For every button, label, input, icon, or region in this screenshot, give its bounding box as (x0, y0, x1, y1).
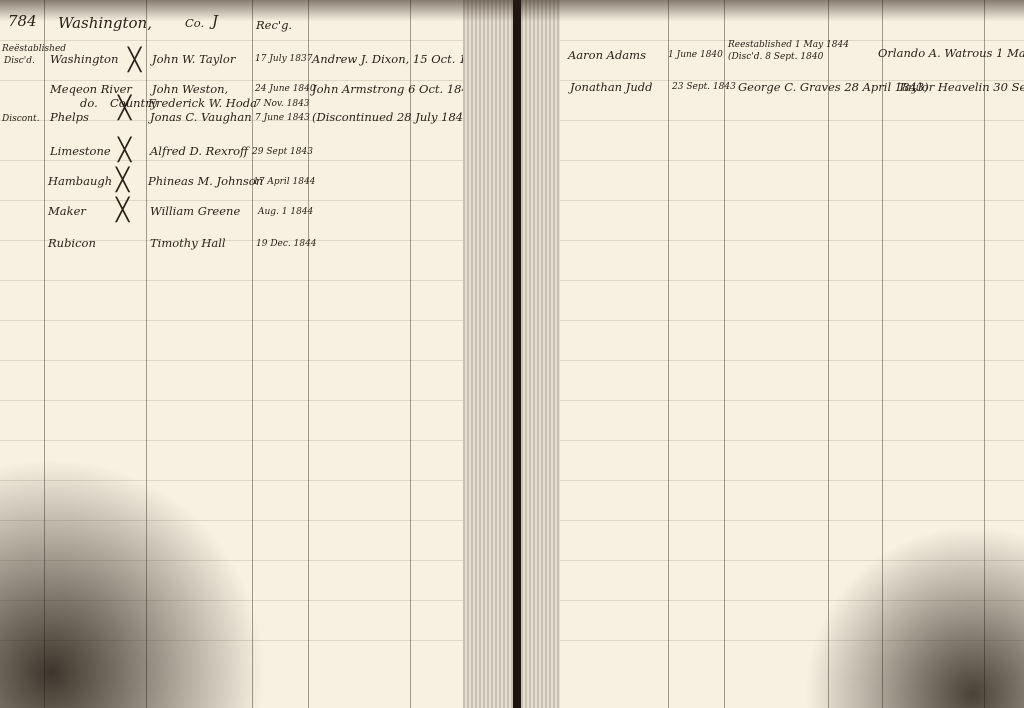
successor: Andrew J. Dixon, 15 Oct. 1839 (312, 52, 463, 66)
postmaster-name: Jonas C. Vaughan (150, 110, 252, 124)
note-disc: (Disc'd. 8 Sept. 1840 (728, 52, 823, 62)
postmaster-name: John Weston, (152, 82, 228, 96)
note-reestablished: Reestablished 1 May 1844 (728, 40, 849, 50)
appointed-date: 7 June 1843 (255, 113, 310, 123)
appointed-date: 17 July 1837 (255, 54, 312, 64)
header-date: Rec'g. (256, 18, 292, 32)
office-name: Limestone (50, 144, 111, 158)
appointed-date: 23 Sept. 1843 (672, 82, 736, 92)
office-name: Maker (48, 204, 86, 218)
cross-mark: ╳ (116, 198, 129, 223)
successor: John Armstrong 6 Oct. 1841. (312, 82, 463, 96)
office-name: do. (80, 96, 98, 110)
postmaster-name: Phineas M. Johnson (148, 174, 263, 188)
header-county-mark: J (212, 12, 218, 30)
cross-mark: ╳ (116, 168, 129, 193)
margin-disc: Disc'd. (4, 56, 35, 66)
appointed-date: 29 Sept 1843 (252, 147, 313, 157)
appointed-date: 1 June 1840 (668, 50, 723, 60)
binding-gutter (521, 0, 560, 708)
appointed-date: 19 Dec. 1844 (256, 239, 317, 249)
appointed-date: 17 April 1844 (253, 177, 315, 187)
appointed-date: 24 June 1840 (255, 84, 316, 94)
postmaster-name: William Greene (150, 204, 240, 218)
header-county-label: Co. (185, 16, 204, 30)
successor: Orlando A. Watrous 1 May 1844 (878, 46, 1024, 60)
cross-mark: ╳ (118, 138, 131, 163)
binding-spine (513, 0, 521, 708)
office-name: Phelps (50, 110, 89, 124)
postmaster-name: Jonathan Judd (570, 80, 652, 94)
successor-2: Taylor Heavelin 30 Sept. 1843 (898, 80, 1024, 94)
left-page: 784 Washington, Co. J Rec'g. Reëstablish… (0, 0, 463, 708)
cross-mark: ╳ (128, 48, 141, 73)
page-number: 784 (8, 12, 37, 30)
appointed-date: Aug. 1 1844 (258, 207, 313, 217)
office-name: Rubicon (48, 236, 96, 250)
appointed-date: 7 Nov. 1843 (255, 99, 310, 109)
cross-mark: ╳ (118, 96, 131, 121)
office-name: Washington (50, 52, 118, 66)
margin-discont: Discont. (2, 114, 39, 124)
postmaster-name: John W. Taylor (152, 52, 235, 66)
header-place: Washington, (58, 14, 152, 32)
office-name: Hambaugh (48, 174, 112, 188)
postmaster-name: Frederick W. Hoda (148, 96, 257, 110)
ledger-spread: 784 Washington, Co. J Rec'g. Reëstablish… (0, 0, 1024, 708)
successor: (Discontinued 28 July 1843 (312, 110, 463, 124)
right-page: Aaron Adams 1 June 1840 Reestablished 1 … (560, 0, 1024, 708)
postmaster-name: Alfred D. Rexroff (150, 144, 248, 158)
postmaster-name: Timothy Hall (150, 236, 226, 250)
office-name: Meqeon River (50, 82, 132, 96)
binding-gutter (463, 0, 513, 708)
postmaster-name: Aaron Adams (568, 48, 646, 62)
